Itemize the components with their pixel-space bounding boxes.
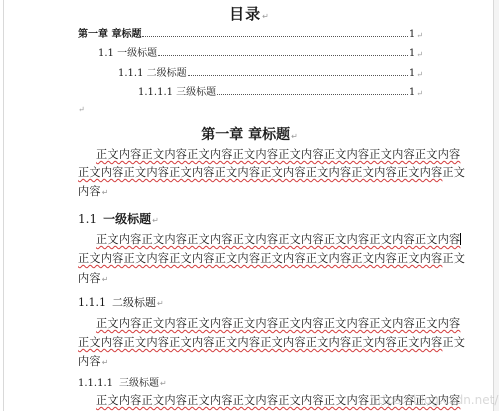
body-text: 正文 (442, 166, 465, 179)
toc-entry-label: 1.1.1 二级标题 (118, 64, 187, 79)
body-text: 正文内容正文内容正文内容正文内容正文内容正文内容正文内容正文内容 (78, 166, 442, 179)
toc-entry-1-1-1[interactable]: 1.1.1 二级标题 1↵ (118, 65, 423, 79)
paragraph-mark: ↵ (262, 12, 270, 21)
body-text: 正文内容正文内容正文内容正文内容正文内容正文内容正文内容正文内容 (96, 148, 460, 161)
body-line[interactable]: 正文内容正文内容正文内容正文内容正文内容正文内容正文内容正文内容 (96, 231, 461, 247)
body-line[interactable]: 正文内容正文内容正文内容正文内容正文内容正文内容正文内容正文内容 (96, 146, 460, 162)
text-cursor (460, 233, 461, 245)
heading-number: 1.1.1.1 (78, 378, 113, 389)
toc-page-number: 1 (409, 48, 415, 59)
toc-entry-label: 1.1.1.1 三级标题 (138, 83, 216, 98)
body-line[interactable]: 正文内容正文内容正文内容正文内容正文内容正文内容正文内容正文内容正文 (78, 334, 465, 350)
toc-entry-1-1[interactable]: 1.1 一级标题 1↵ (98, 45, 423, 59)
page-shadow (494, 0, 499, 411)
toc-page-number: 1 (409, 29, 415, 40)
body-text: 正文内容正文内容正文内容正文内容正文内容正文内容正文内容正文内容 (78, 252, 442, 265)
paragraph-mark: ↵ (78, 105, 85, 114)
heading-title: 三级标题 (119, 378, 159, 389)
toc-page-number: 1 (409, 68, 415, 79)
heading-title: 一级标题 (103, 212, 151, 226)
body-text: 正文 (442, 252, 465, 265)
watermark: https://blog.csdn.net/Blateyang (370, 393, 499, 407)
paragraph-mark: ↵ (102, 358, 109, 367)
toc-title-text: 目录 (229, 5, 261, 23)
toc-leader-dots (188, 75, 408, 76)
body-line[interactable]: 正文内容正文内容正文内容正文内容正文内容正文内容正文内容正文内容 (96, 315, 460, 331)
body-line[interactable]: 正文内容正文内容正文内容正文内容正文内容正文内容正文内容正文内容正文 (78, 250, 465, 266)
paragraph-mark: ↵ (291, 132, 298, 141)
chapter-heading-text: 第一章 章标题 (201, 127, 290, 143)
paragraph-mark: ↵ (152, 216, 159, 225)
body-text: 正文内容正文内容正文内容正文内容正文内容正文内容正文内容正文内容 (96, 317, 460, 330)
toc-title: 目录↵ (0, 3, 499, 24)
heading-title: 二级标题 (112, 296, 156, 309)
heading-level-3: 1.1.1.1三级标题↵ (78, 374, 167, 389)
toc-leader-dots (142, 36, 407, 37)
body-text: 内容 (78, 355, 101, 368)
body-text: 正文 (442, 336, 465, 349)
toc-entry-1-1-1-1[interactable]: 1.1.1.1 三级标题 1↵ (138, 84, 423, 98)
body-line[interactable]: 内容↵ (78, 183, 109, 199)
body-line[interactable]: 内容↵ (78, 270, 109, 286)
paragraph-mark: ↵ (160, 379, 167, 388)
paragraph-mark: ↵ (416, 31, 423, 40)
paragraph-mark: ↵ (157, 299, 164, 308)
heading-number: 1.1.1 (78, 296, 106, 309)
paragraph-mark: ↵ (416, 70, 423, 79)
toc-leader-dots (158, 55, 408, 56)
heading-level-1: 1.1一级标题↵ (78, 210, 159, 227)
body-text: 内容 (78, 272, 101, 285)
body-line[interactable]: 正文内容正文内容正文内容正文内容正文内容正文内容正文内容正文内容正文 (78, 164, 465, 180)
paragraph-mark: ↵ (102, 188, 109, 197)
body-text: 正文内容正文内容正文内容正文内容正文内容正文内容正文内容正文内容 (78, 336, 442, 349)
body-line[interactable]: 内容↵ (78, 353, 109, 369)
page-border-left (3, 0, 4, 411)
toc-entry-label: 1.1 一级标题 (98, 44, 157, 59)
toc-entry-label: 第一章 章标题 (78, 25, 141, 40)
paragraph-mark: ↵ (102, 275, 109, 284)
paragraph-mark: ↵ (416, 50, 423, 59)
chapter-heading: 第一章 章标题↵ (0, 124, 499, 144)
toc-entry-chapter[interactable]: 第一章 章标题 1↵ (78, 26, 423, 40)
body-text: 正文内容正文内容正文内容正文内容正文内容正文内容正文内容正文内容 (96, 233, 460, 246)
heading-number: 1.1 (78, 212, 97, 226)
toc-leader-dots (217, 94, 408, 95)
toc-page-number: 1 (409, 87, 415, 98)
body-text: 内容 (78, 185, 101, 198)
heading-level-2: 1.1.1二级标题↵ (78, 294, 164, 310)
paragraph-mark: ↵ (416, 89, 423, 98)
